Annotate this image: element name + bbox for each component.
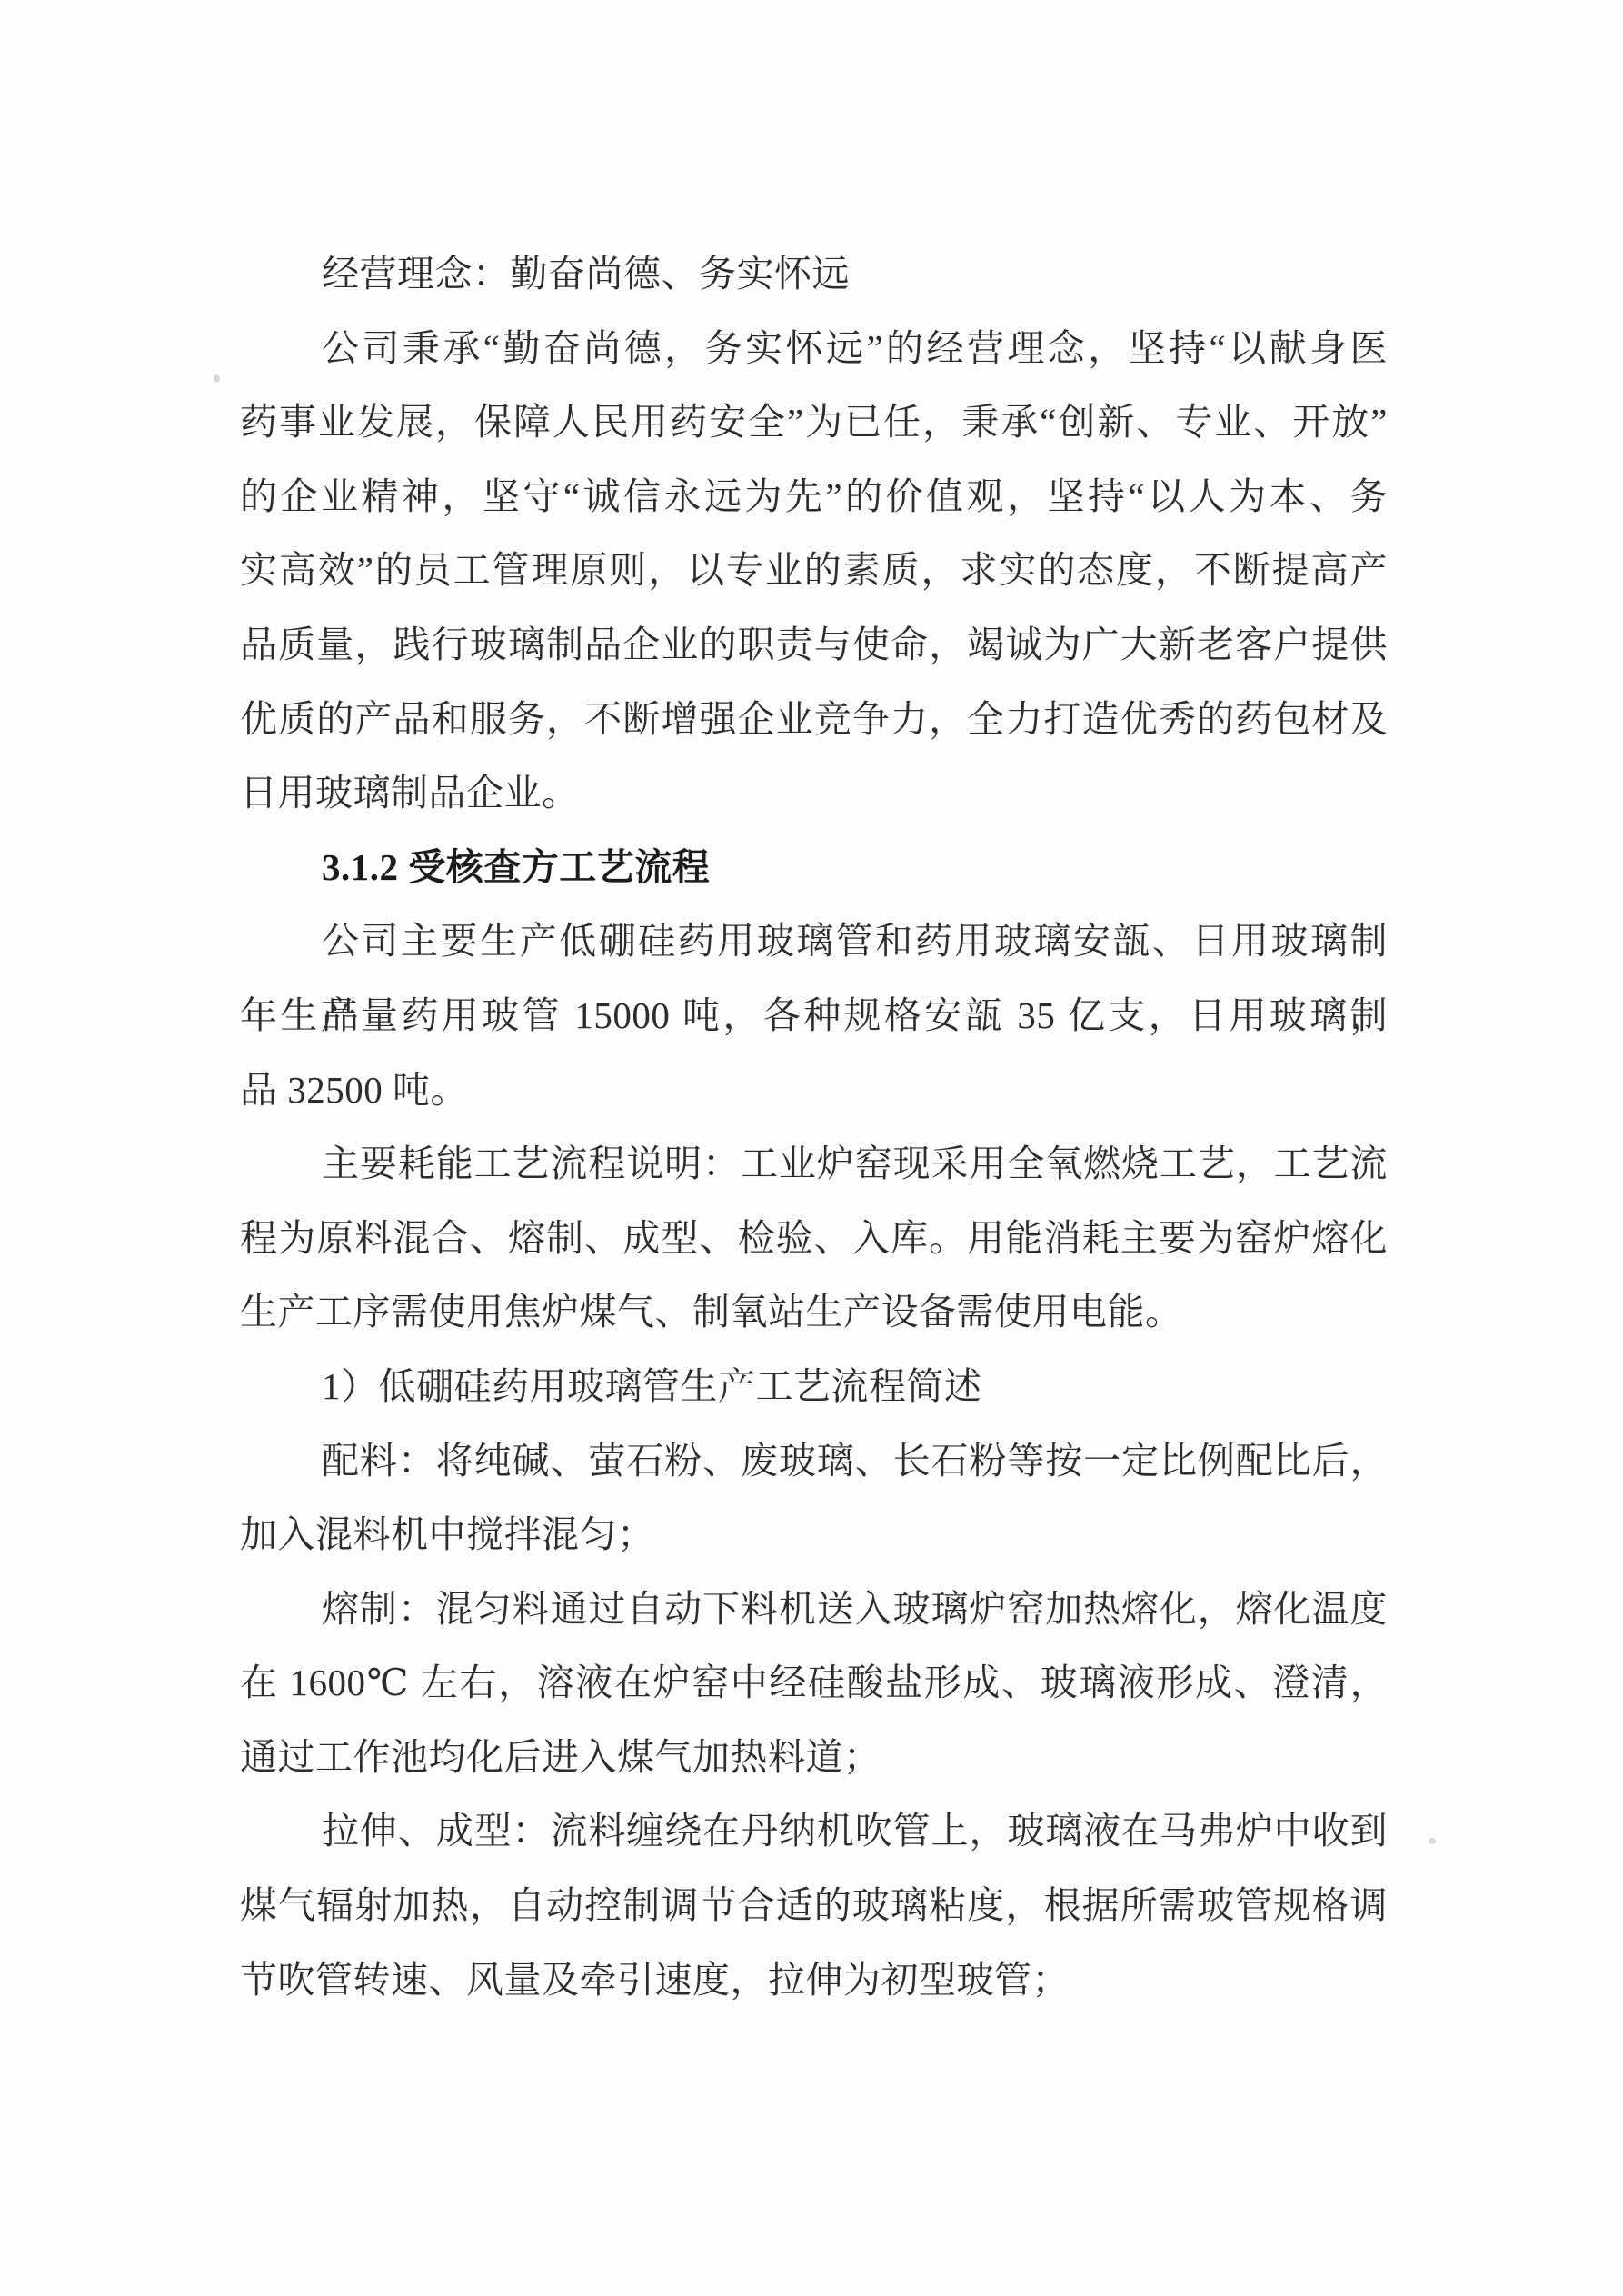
- text-line: 在 1600℃ 左右，溶液在炉窑中经硅酸盐形成、玻璃液形成、澄清，: [240, 1646, 1388, 1721]
- text-line: 主要耗能工艺流程说明：工业炉窑现采用全氧燃烧工艺，工艺流: [240, 1127, 1388, 1202]
- text-line: 程为原料混合、熔制、成型、检验、入库。用能消耗主要为窑炉熔化: [240, 1202, 1388, 1276]
- text-line: 的企业精神，坚守“诚信永远为先”的价值观，坚持“以人为本、务: [240, 460, 1388, 534]
- text-line: 品 32500 吨。: [240, 1053, 1388, 1128]
- text-line: 节吹管转速、风量及牵引速度，拉伸为初型玻管；: [240, 1943, 1388, 2018]
- text-line: 经营理念：勤奋尚德、务实怀远: [240, 237, 1388, 312]
- text-line: 配料：将纯碱、萤石粉、废玻璃、长石粉等按一定比例配比后，: [240, 1424, 1388, 1499]
- text-line: 生产工序需使用焦炉煤气、制氧站生产设备需使用电能。: [240, 1275, 1388, 1350]
- text-line: 优质的产品和服务，不断增强企业竞争力，全力打造优秀的药包材及: [240, 683, 1388, 757]
- text-line: 拉伸、成型：流料缠绕在丹纳机吹管上，玻璃液在马弗炉中收到: [240, 1794, 1388, 1869]
- text-line: 公司主要生产低硼硅药用玻璃管和药用玻璃安瓿、日用玻璃制品，: [240, 904, 1388, 979]
- text-line: 加入混料机中搅拌混匀；: [240, 1498, 1388, 1572]
- text-line: 品质量，践行玻璃制品企业的职责与使命，竭诚为广大新老客户提供: [240, 608, 1388, 683]
- text-line: 年生产量药用玻管 15000 吨，各种规格安瓿 35 亿支，日用玻璃制: [240, 979, 1388, 1053]
- text-line: 熔制：混匀料通过自动下料机送入玻璃炉窑加热熔化，熔化温度: [240, 1572, 1388, 1647]
- scan-speck: [214, 374, 220, 383]
- scan-speck: [1429, 1838, 1436, 1844]
- text-line: 实高效”的员工管理原则，以专业的素质，求实的态度，不断提高产: [240, 534, 1388, 608]
- text-line: 煤气辐射加热，自动控制调节合适的玻璃粘度，根据所需玻管规格调: [240, 1869, 1388, 1943]
- section-heading: 3.1.2 受核查方工艺流程: [240, 831, 1388, 905]
- text-line: 药事业发展，保障人民用药安全”为已任，秉承“创新、专业、开放”: [240, 385, 1388, 460]
- text-line: 通过工作池均化后进入煤气加热料道；: [240, 1721, 1388, 1795]
- text-line: 日用玻璃制品企业。: [240, 756, 1388, 831]
- document-body: 经营理念：勤奋尚德、务实怀远公司秉承“勤奋尚德，务实怀远”的经营理念，坚持“以献…: [240, 237, 1388, 2017]
- scanned-document-page: 经营理念：勤奋尚德、务实怀远公司秉承“勤奋尚德，务实怀远”的经营理念，坚持“以献…: [0, 0, 1623, 2296]
- text-line: 1）低硼硅药用玻璃管生产工艺流程简述: [240, 1350, 1388, 1424]
- text-line: 公司秉承“勤奋尚德，务实怀远”的经营理念，坚持“以献身医: [240, 312, 1388, 386]
